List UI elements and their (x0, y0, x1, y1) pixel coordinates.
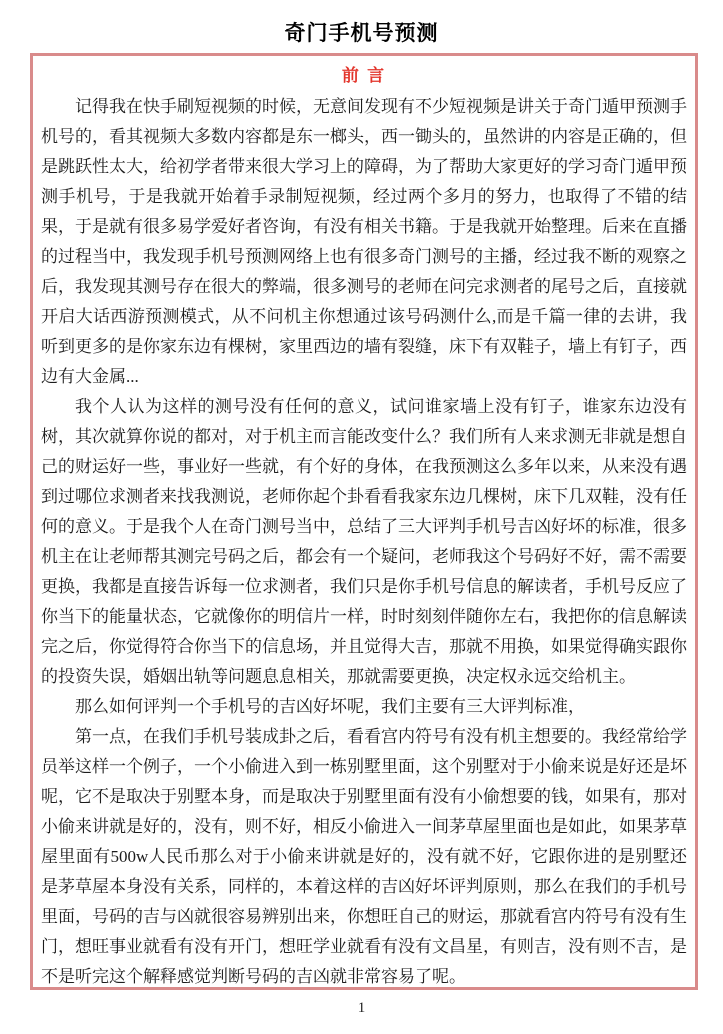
page-title: 奇门手机号预测 (0, 17, 723, 47)
preface-paragraph: 我个人认为这样的测号没有任何的意义，试问谁家墙上没有钉子，谁家东边没有树，其次就… (41, 392, 687, 692)
preface-paragraph: 那么如何评判一个手机号的吉凶好坏呢，我们主要有三大评判标准， (41, 692, 687, 722)
preface-paragraph: 记得我在快手刷短视频的时候，无意间发现有不少短视频是讲关于奇门遁甲预测手机号的，… (41, 92, 687, 392)
preface-paragraph: 第一点，在我们手机号装成卦之后，看看宫内符号有没有机主想要的。我经常给学员举这样… (41, 722, 687, 992)
preface-heading: 前 言 (41, 64, 687, 88)
preface-body: 记得我在快手刷短视频的时候，无意间发现有不少短视频是讲关于奇门遁甲预测手机号的，… (41, 92, 687, 992)
page-number: 1 (0, 1000, 723, 1017)
document-page: 奇门手机号预测 前 言 记得我在快手刷短视频的时候，无意间发现有不少短视频是讲关… (0, 0, 723, 1034)
preface-box: 前 言 记得我在快手刷短视频的时候，无意间发现有不少短视频是讲关于奇门遁甲预测手… (30, 53, 698, 990)
